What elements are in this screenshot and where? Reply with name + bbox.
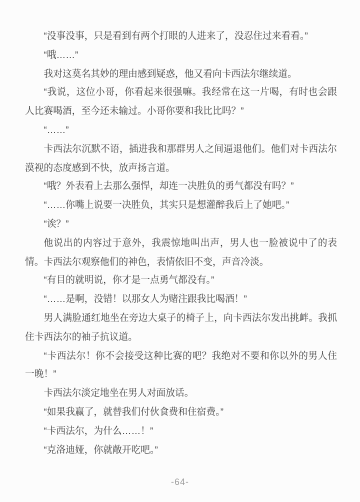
paragraph: 我对这莫名其妙的理由感到疑惑，他又看向卡西法尔继续道。 (25, 65, 337, 84)
paragraph: “卡西法尔，为什么……！” (25, 422, 337, 441)
page-number: -64- (0, 477, 360, 487)
page-text: “没事没事，只是看到有两个打眼的人进来了，没忍住过来看看。”“哦……”我对这莫名… (25, 27, 337, 459)
paragraph: “克洛迪娅，你就敞开吃吧。” (25, 441, 337, 460)
paragraph: “卡西法尔！你不会接受这种比赛的吧？我绝对不要和你以外的男人住一晚！” (25, 347, 337, 385)
paragraph: 卡西法尔沉默不语，插进我和那群男人之间逼退他们。他们对卡西法尔漠视的态度感到不快… (25, 140, 337, 178)
paragraph: 卡西法尔淡定地坐在男人对面放话。 (25, 384, 337, 403)
paragraph: “哦……” (25, 46, 337, 65)
paragraph: “哦？外表看上去那么强悍，却连一决胜负的勇气都没有吗？” (25, 177, 337, 196)
paragraph: 他说出的内容过于意外，我震惊地叫出声，男人也一脸被说中了的表情。卡西法尔观察他们… (25, 234, 337, 272)
paragraph: “我说，这位小哥，你看起来很强嘛。我经常在这一片喝，有时也会跟人比赛喝酒，至今还… (25, 83, 337, 121)
paragraph: “没事没事，只是看到有两个打眼的人进来了，没忍住过来看看。” (25, 27, 337, 46)
book-page: “没事没事，只是看到有两个打眼的人进来了，没忍住过来看看。”“哦……”我对这莫名… (0, 0, 360, 502)
paragraph: “有目的就明说，你才是一点勇气都没有。” (25, 271, 337, 290)
paragraph: “……你嘴上说要一决胜负，其实只是想灌醉我后上了她吧。” (25, 196, 337, 215)
paragraph: 男人满脸通红地坐在旁边大桌子的椅子上，向卡西法尔发出挑衅。我抓住卡西法尔的袖子抗… (25, 309, 337, 347)
paragraph: “如果我赢了，就替我们付伙食费和住宿费。” (25, 403, 337, 422)
paragraph: “……是啊，没错！以那女人为赌注跟我比喝酒！” (25, 290, 337, 309)
paragraph: “……” (25, 121, 337, 140)
paragraph: “诶？” (25, 215, 337, 234)
